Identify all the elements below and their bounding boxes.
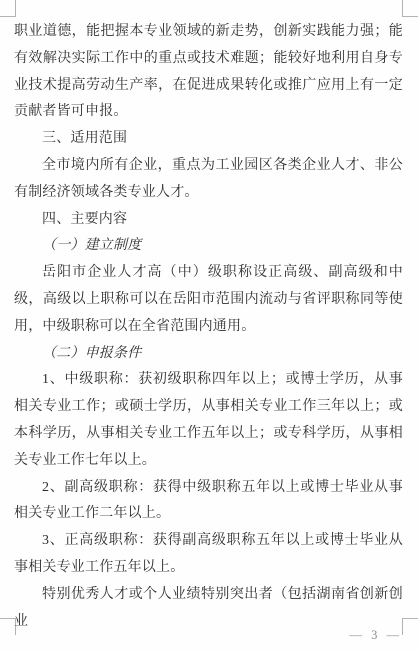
section-heading-main-content: 四、主要内容 — [14, 207, 403, 234]
paragraph-scope: 全市境内所有企业，重点为工业园区各类企业人才、非公有制经济领域各类专业人才。 — [14, 153, 403, 207]
cropmark-bottom-right-icon — [402, 618, 418, 635]
cropmark-top-left-icon — [0, 0, 16, 17]
document-page: 职业道德，能把握本专业领域的新走势，创新实践能力强；能有效解决实际工作中的重点或… — [0, 0, 418, 650]
cropmark-top-right-icon — [402, 0, 418, 17]
paragraph-item-1: 1、中级职称：获初级职称四年以上；或博士学历，从事相关专业工作；或硕士学历，从事… — [14, 367, 403, 474]
paragraph-item-3: 3、正高级职称：获得副高级职称五年以上或博士毕业从事相关专业工作五年以上。 — [14, 528, 403, 582]
subheading-establish-system: （一）建立制度 — [14, 233, 403, 260]
section-heading-scope: 三、适用范围 — [14, 126, 403, 153]
paragraph-system: 岳阳市企业人才高（中）级职称设正高级、副高级和中级，高级以上职称可以在岳阳市范围… — [14, 260, 403, 340]
subheading-application-terms: （二）申报条件 — [14, 341, 403, 368]
document-body: 职业道德，能把握本专业领域的新走势，创新实践能力强；能有效解决实际工作中的重点或… — [14, 19, 403, 635]
paragraph-special-talent: 特别优秀人才或个人业绩特别突出者（包括湖南省创新创业 — [14, 582, 403, 636]
page-number: — 3 — — [350, 628, 403, 643]
paragraph-continued: 职业道德，能把握本专业领域的新走势，创新实践能力强；能有效解决实际工作中的重点或… — [14, 19, 403, 126]
paragraph-item-2: 2、副高级职称：获得中级职称五年以上或博士毕业从事相关专业工作二年以上。 — [14, 475, 403, 529]
